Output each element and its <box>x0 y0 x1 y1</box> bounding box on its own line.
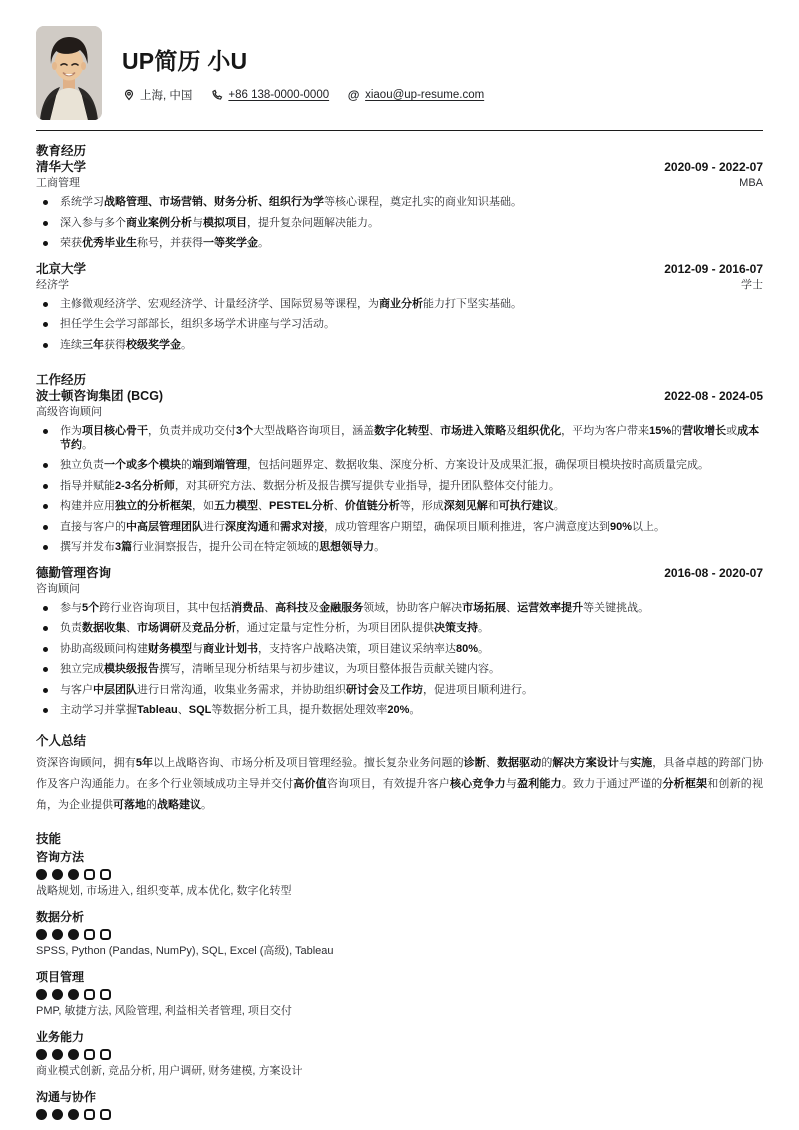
bullet-list: 参与5个跨行业咨询项目，其中包括消费品、高科技及金融服务领域，协助客户解决市场拓… <box>36 602 763 718</box>
education-entry: 北京大学2012-09 - 2016-07经济学学士主修微观经济学、宏观经济学、… <box>36 261 763 353</box>
rating-dot-empty-icon <box>84 869 95 880</box>
rating-dot-empty-icon <box>84 929 95 940</box>
date-range: 2022-08 - 2024-05 <box>664 388 763 404</box>
at-icon: @ <box>347 89 360 102</box>
degree: 学士 <box>741 278 763 292</box>
bullet-text: 撰写并发布3篇行业洞察报告，提升公司在特定领域的思想领导力。 <box>60 541 385 553</box>
bullet-text: 指导并赋能2-3名分析师，对其研究方法、数据分析及报告撰写提供专业指导，提升团队… <box>60 480 560 492</box>
work-entry: 波士顿咨询集团 (BCG)2022-08 - 2024-05高级咨询顾问作为项目… <box>36 388 763 555</box>
rating-dot-filled-icon <box>68 989 79 1000</box>
phone-icon <box>210 89 223 102</box>
date-range: 2016-08 - 2020-07 <box>664 565 763 581</box>
bullet-dot-icon <box>43 484 48 489</box>
company-name: 德勤管理咨询 <box>36 565 111 581</box>
bullet-item: 与客户中层团队进行日常沟通，收集业务需求，并协助组织研讨会及工作坊，促进项目顺利… <box>36 684 763 698</box>
job-title: 咨询顾问 <box>36 582 80 596</box>
skill-keywords: 战略规划, 市场进入, 组织变革, 成本优化, 数字化转型 <box>36 884 763 898</box>
contact-phone: +86 138-0000-0000 <box>210 89 329 102</box>
bullet-text: 主修微观经济学、宏观经济学、计量经济学、国际贸易等课程，为商业分析能力打下坚实基… <box>60 298 522 310</box>
work-entry: 德勤管理咨询2016-08 - 2020-07咨询顾问参与5个跨行业咨询项目，其… <box>36 565 763 718</box>
rating-dot-filled-icon <box>68 869 79 880</box>
entry-head: 清华大学2020-09 - 2022-07 <box>36 159 763 175</box>
summary-text: 资深咨询顾问，拥有5年以上战略咨询、市场分析及项目管理经验。擅长复杂业务问题的诊… <box>36 753 763 816</box>
skill-name: 咨询方法 <box>36 850 763 865</box>
bullet-item: 指导并赋能2-3名分析师，对其研究方法、数据分析及报告撰写提供专业指导，提升团队… <box>36 480 763 494</box>
entry-subhead: 咨询顾问 <box>36 582 763 596</box>
rating-dot-filled-icon <box>52 989 63 1000</box>
email-link[interactable]: xiaou@up-resume.com <box>365 89 484 101</box>
rating-dot-filled-icon <box>52 1109 63 1120</box>
bullet-item: 直接与客户的中高层管理团队进行深度沟通和需求对接，成功管理客户期望，确保项目顺利… <box>36 521 763 535</box>
skill-rating <box>36 929 763 940</box>
bullet-item: 独立完成模块级报告撰写，清晰呈现分析结果与初步建议，为项目整体报告贡献关键内容。 <box>36 663 763 677</box>
section-title-summary: 个人总结 <box>36 733 763 749</box>
skill-name: 数据分析 <box>36 910 763 925</box>
bullet-text: 与客户中层团队进行日常沟通，收集业务需求，并协助组织研讨会及工作坊，促进项目顺利… <box>60 684 533 696</box>
school-name: 北京大学 <box>36 261 86 277</box>
education-entry: 清华大学2020-09 - 2022-07工商管理MBA系统学习战略管理、市场营… <box>36 159 763 251</box>
contact-email: @ xiaou@up-resume.com <box>347 89 484 102</box>
major: 工商管理 <box>36 176 80 190</box>
bullet-dot-icon <box>43 525 48 530</box>
rating-dot-empty-icon <box>84 1109 95 1120</box>
skill-keywords: SPSS, Python (Pandas, NumPy), SQL, Excel… <box>36 944 763 958</box>
skill-name: 业务能力 <box>36 1030 763 1045</box>
rating-dot-filled-icon <box>36 1049 47 1060</box>
rating-dot-filled-icon <box>36 1109 47 1120</box>
rating-dot-filled-icon <box>52 1049 63 1060</box>
skill-group: 沟通与协作 <box>36 1090 763 1120</box>
job-title: 高级咨询顾问 <box>36 405 102 419</box>
rating-dot-empty-icon <box>100 989 111 1000</box>
section-skills: 技能 咨询方法战略规划, 市场进入, 组织变革, 成本优化, 数字化转型数据分析… <box>36 831 763 1120</box>
bullet-dot-icon <box>43 302 48 307</box>
skill-group: 项目管理PMP, 敏捷方法, 风险管理, 利益相关者管理, 项目交付 <box>36 970 763 1018</box>
section-education: 教育经历 清华大学2020-09 - 2022-07工商管理MBA系统学习战略管… <box>36 143 763 352</box>
bullet-dot-icon <box>43 200 48 205</box>
school-name: 清华大学 <box>36 159 86 175</box>
rating-dot-empty-icon <box>100 929 111 940</box>
rating-dot-filled-icon <box>68 929 79 940</box>
bullet-item: 主动学习并掌握Tableau、SQL等数据分析工具，提升数据处理效率20%。 <box>36 704 763 718</box>
date-range: 2020-09 - 2022-07 <box>664 159 763 175</box>
location-text: 上海, 中国 <box>140 87 192 103</box>
bullet-dot-icon <box>43 463 48 468</box>
bullet-list: 系统学习战略管理、市场营销、财务分析、组织行为学等核心课程，奠定扎实的商业知识基… <box>36 196 763 251</box>
entry-head: 波士顿咨询集团 (BCG)2022-08 - 2024-05 <box>36 388 763 404</box>
skill-group: 咨询方法战略规划, 市场进入, 组织变革, 成本优化, 数字化转型 <box>36 850 763 898</box>
candidate-name: UP简历 小U <box>122 43 484 76</box>
entry-subhead: 高级咨询顾问 <box>36 405 763 419</box>
bullet-item: 担任学生会学习部部长，组织多场学术讲座与学习活动。 <box>36 318 763 332</box>
bullet-item: 构建并应用独立的分析框架，如五力模型、PESTEL分析、价值链分析等，形成深刻见… <box>36 500 763 514</box>
bullet-text: 参与5个跨行业咨询项目，其中包括消费品、高科技及金融服务领域，协助客户解决市场拓… <box>60 602 649 614</box>
bullet-item: 参与5个跨行业咨询项目，其中包括消费品、高科技及金融服务领域，协助客户解决市场拓… <box>36 602 763 616</box>
header-divider <box>36 130 763 131</box>
rating-dot-filled-icon <box>36 989 47 1000</box>
rating-dot-filled-icon <box>36 929 47 940</box>
rating-dot-filled-icon <box>36 869 47 880</box>
bullet-item: 主修微观经济学、宏观经济学、计量经济学、国际贸易等课程，为商业分析能力打下坚实基… <box>36 298 763 312</box>
bullet-item: 负责数据收集、市场调研及竞品分析，通过定量与定性分析，为项目团队提供决策支持。 <box>36 622 763 636</box>
skill-rating <box>36 1049 763 1060</box>
profile-photo <box>36 26 102 120</box>
bullet-text: 连续三年获得校级奖学金。 <box>60 339 192 351</box>
bullet-text: 负责数据收集、市场调研及竞品分析，通过定量与定性分析，为项目团队提供决策支持。 <box>60 622 489 634</box>
bullet-dot-icon <box>43 221 48 226</box>
bullet-item: 系统学习战略管理、市场营销、财务分析、组织行为学等核心课程，奠定扎实的商业知识基… <box>36 196 763 210</box>
bullet-dot-icon <box>43 343 48 348</box>
bullet-item: 撰写并发布3篇行业洞察报告，提升公司在特定领域的思想领导力。 <box>36 541 763 555</box>
bullet-text: 独立完成模块级报告撰写，清晰呈现分析结果与初步建议，为项目整体报告贡献关键内容。 <box>60 663 500 675</box>
resume-page: UP简历 小U 上海, 中国 +86 138-0000-0000 @ xia <box>0 0 799 1130</box>
bullet-item: 独立负责一个或多个模块的端到端管理，包括问题界定、数据收集、深度分析、方案设计及… <box>36 459 763 473</box>
bullet-dot-icon <box>43 322 48 327</box>
phone-link[interactable]: +86 138-0000-0000 <box>228 89 329 101</box>
bullet-text: 协助高级顾问构建财务模型与商业计划书，支持客户战略决策，项目建议采纳率达80%。 <box>60 643 489 655</box>
bullet-text: 作为项目核心骨干，负责并成功交付3个大型战略咨询项目，涵盖数字化转型、市场进入策… <box>60 425 759 451</box>
bullet-dot-icon <box>43 241 48 246</box>
bullet-text: 主动学习并掌握Tableau、SQL等数据分析工具，提升数据处理效率20%。 <box>60 704 420 716</box>
bullet-dot-icon <box>43 688 48 693</box>
bullet-text: 系统学习战略管理、市场营销、财务分析、组织行为学等核心课程，奠定扎实的商业知识基… <box>60 196 522 208</box>
bullet-dot-icon <box>43 647 48 652</box>
skill-keywords: 商业模式创新, 竞品分析, 用户调研, 财务建模, 方案设计 <box>36 1064 763 1078</box>
skill-name: 沟通与协作 <box>36 1090 763 1105</box>
profile-photo-illustration <box>36 26 102 120</box>
entry-subhead: 工商管理MBA <box>36 176 763 190</box>
bullet-dot-icon <box>43 626 48 631</box>
skill-rating <box>36 869 763 880</box>
bullet-dot-icon <box>43 504 48 509</box>
skill-groups: 咨询方法战略规划, 市场进入, 组织变革, 成本优化, 数字化转型数据分析SPS… <box>36 850 763 1120</box>
skill-group: 数据分析SPSS, Python (Pandas, NumPy), SQL, E… <box>36 910 763 958</box>
skill-rating <box>36 989 763 1000</box>
entry-head: 北京大学2012-09 - 2016-07 <box>36 261 763 277</box>
bullet-dot-icon <box>43 429 48 434</box>
rating-dot-empty-icon <box>100 869 111 880</box>
rating-dot-filled-icon <box>68 1109 79 1120</box>
contact-row: 上海, 中国 +86 138-0000-0000 @ xiaou@up-resu… <box>122 87 484 103</box>
bullet-text: 直接与客户的中高层管理团队进行深度沟通和需求对接，成功管理客户期望，确保项目顺利… <box>60 521 665 533</box>
bullet-list: 主修微观经济学、宏观经济学、计量经济学、国际贸易等课程，为商业分析能力打下坚实基… <box>36 298 763 353</box>
rating-dot-empty-icon <box>84 1049 95 1060</box>
bullet-item: 荣获优秀毕业生称号，并获得一等奖学金。 <box>36 237 763 251</box>
major: 经济学 <box>36 278 69 292</box>
section-title-education: 教育经历 <box>36 143 763 159</box>
rating-dot-empty-icon <box>84 989 95 1000</box>
bullet-item: 作为项目核心骨干，负责并成功交付3个大型战略咨询项目，涵盖数字化转型、市场进入策… <box>36 425 763 452</box>
section-work: 工作经历 波士顿咨询集团 (BCG)2022-08 - 2024-05高级咨询顾… <box>36 372 763 718</box>
rating-dot-filled-icon <box>52 869 63 880</box>
section-summary: 个人总结 资深咨询顾问，拥有5年以上战略咨询、市场分析及项目管理经验。擅长复杂业… <box>36 733 763 816</box>
rating-dot-filled-icon <box>68 1049 79 1060</box>
bullet-dot-icon <box>43 667 48 672</box>
bullet-item: 协助高级顾问构建财务模型与商业计划书，支持客户战略决策，项目建议采纳率达80%。 <box>36 643 763 657</box>
rating-dot-filled-icon <box>52 929 63 940</box>
section-title-skills: 技能 <box>36 831 763 847</box>
bullet-text: 担任学生会学习部部长，组织多场学术讲座与学习活动。 <box>60 318 335 330</box>
rating-dot-empty-icon <box>100 1049 111 1060</box>
header: UP简历 小U 上海, 中国 +86 138-0000-0000 @ xia <box>36 26 763 120</box>
date-range: 2012-09 - 2016-07 <box>664 261 763 277</box>
bullet-text: 深入参与多个商业案例分析与模拟项目，提升复杂问题解决能力。 <box>60 217 379 229</box>
bullet-item: 深入参与多个商业案例分析与模拟项目，提升复杂问题解决能力。 <box>36 217 763 231</box>
bullet-dot-icon <box>43 606 48 611</box>
map-pin-icon <box>122 89 135 102</box>
skill-keywords: PMP, 敏捷方法, 风险管理, 利益相关者管理, 项目交付 <box>36 1004 763 1018</box>
bullet-item: 连续三年获得校级奖学金。 <box>36 339 763 353</box>
entry-subhead: 经济学学士 <box>36 278 763 292</box>
contact-location: 上海, 中国 <box>122 87 192 103</box>
bullet-list: 作为项目核心骨干，负责并成功交付3个大型战略咨询项目，涵盖数字化转型、市场进入策… <box>36 425 763 555</box>
education-entries: 清华大学2020-09 - 2022-07工商管理MBA系统学习战略管理、市场营… <box>36 159 763 352</box>
work-entries: 波士顿咨询集团 (BCG)2022-08 - 2024-05高级咨询顾问作为项目… <box>36 388 763 718</box>
degree: MBA <box>739 176 763 190</box>
company-name: 波士顿咨询集团 (BCG) <box>36 388 163 404</box>
bullet-dot-icon <box>43 708 48 713</box>
bullet-text: 荣获优秀毕业生称号，并获得一等奖学金。 <box>60 237 269 249</box>
skill-rating <box>36 1109 763 1120</box>
bullet-text: 构建并应用独立的分析框架，如五力模型、PESTEL分析、价值链分析等，形成深刻见… <box>60 500 565 512</box>
bullet-dot-icon <box>43 545 48 550</box>
section-title-work: 工作经历 <box>36 372 763 388</box>
header-text: UP简历 小U 上海, 中国 +86 138-0000-0000 @ xia <box>122 43 484 103</box>
skill-name: 项目管理 <box>36 970 763 985</box>
bullet-text: 独立负责一个或多个模块的端到端管理，包括问题界定、数据收集、深度分析、方案设计及… <box>60 459 709 471</box>
rating-dot-empty-icon <box>100 1109 111 1120</box>
entry-head: 德勤管理咨询2016-08 - 2020-07 <box>36 565 763 581</box>
skill-group: 业务能力商业模式创新, 竞品分析, 用户调研, 财务建模, 方案设计 <box>36 1030 763 1078</box>
